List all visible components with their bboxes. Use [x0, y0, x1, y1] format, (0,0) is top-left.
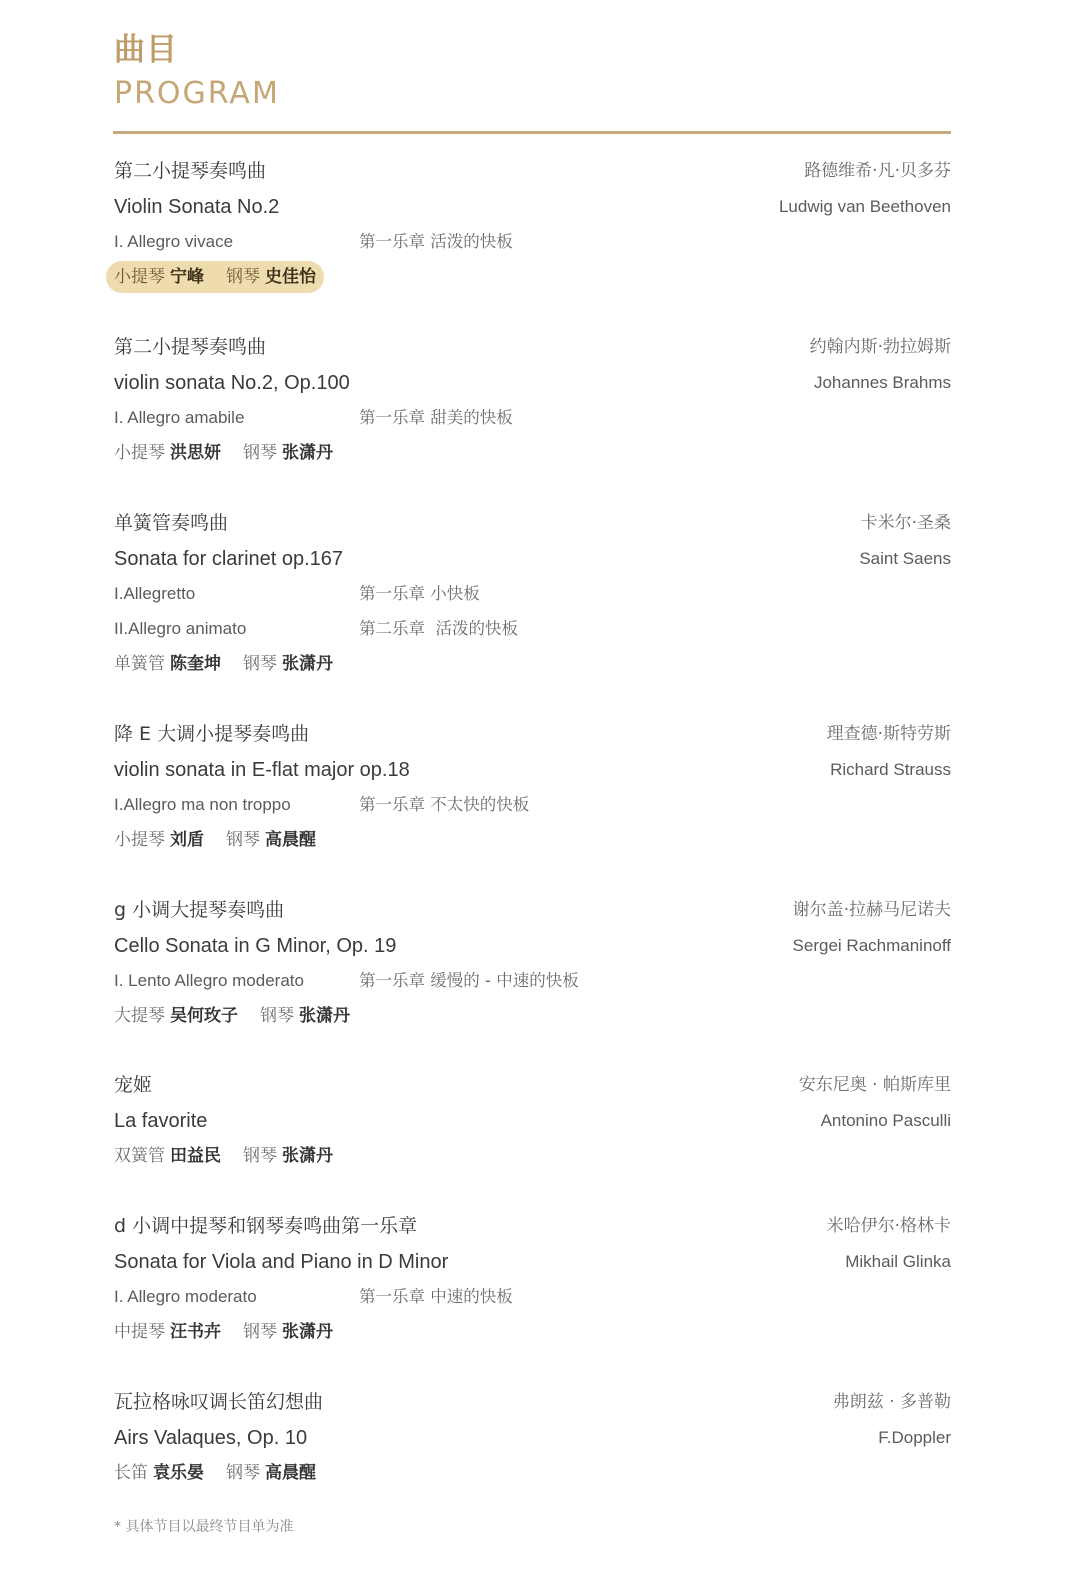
piece-title-cn: 降 E 大调小提琴奏鸣曲	[114, 722, 951, 746]
instrument: 大提琴	[114, 1006, 165, 1026]
composer: 米哈伊尔·格林卡 Mikhail Glinka	[827, 1214, 951, 1274]
movement: I.Allegro ma non troppo 第一乐章 不太快的快板	[114, 793, 951, 817]
performers: 单簧管陈奎坤钢琴张潇丹	[114, 652, 951, 676]
composer: 约翰内斯·勃拉姆斯 Johannes Brahms	[810, 335, 951, 395]
movement-cn: 第一乐章 活泼的快板	[359, 230, 513, 254]
movement-cn: 第一乐章 缓慢的 - 中速的快板	[359, 969, 579, 993]
program-header: 曲目 PROGRAM	[114, 30, 280, 114]
instrument: 钢琴	[226, 267, 260, 287]
page-title-en: PROGRAM	[114, 74, 280, 114]
instrument: 钢琴	[226, 1463, 260, 1483]
piece-title-en: violin sonata in E-flat major op.18	[114, 758, 951, 782]
instrument: 钢琴	[243, 443, 277, 463]
piece-title-cn: d 小调中提琴和钢琴奏鸣曲第一乐章	[114, 1214, 951, 1238]
performer-name: 史佳怡	[265, 267, 316, 287]
piece-title-en: Airs Valaques, Op. 10	[114, 1426, 951, 1450]
instrument: 钢琴	[260, 1006, 294, 1026]
composer-en: Richard Strauss	[827, 758, 951, 782]
instrument: 单簧管	[114, 654, 165, 674]
movement-cn: 第一乐章 不太快的快板	[359, 793, 529, 817]
footnote: * 具体节目以最终节目单为准	[114, 1517, 293, 1537]
performers: 大提琴吴何玫子钢琴张潇丹	[114, 1004, 951, 1028]
movement-cn: 第二乐章 活泼的快板	[359, 617, 518, 641]
instrument: 双簧管	[114, 1146, 165, 1166]
program-item: 宠姬 La favorite 双簧管田益民钢琴张潇丹 安东尼奥 · 帕斯库里 A…	[114, 1073, 951, 1168]
instrument: 小提琴	[114, 830, 165, 850]
program-item: g 小调大提琴奏鸣曲 Cello Sonata in G Minor, Op. …	[114, 898, 951, 1028]
header-divider	[113, 131, 951, 134]
performer-name: 张潇丹	[299, 1006, 350, 1026]
movement: I. Lento Allegro moderato 第一乐章 缓慢的 - 中速的…	[114, 969, 951, 993]
movement-cn: 第一乐章 小快板	[359, 582, 480, 606]
program-item: 降 E 大调小提琴奏鸣曲 violin sonata in E-flat maj…	[114, 722, 951, 852]
composer: 卡米尔·圣桑 Saint Saens	[859, 511, 951, 571]
movement-en: I.Allegro ma non troppo	[114, 793, 291, 817]
program-item: 单簧管奏鸣曲 Sonata for clarinet op.167 I.Alle…	[114, 511, 951, 676]
composer-cn: 安东尼奥 · 帕斯库里	[799, 1073, 951, 1097]
program-item: 瓦拉格咏叹调长笛幻想曲 Airs Valaques, Op. 10 长笛袁乐晏钢…	[114, 1390, 951, 1485]
movement-en: I. Allegro vivace	[114, 230, 233, 254]
composer-en: F.Doppler	[833, 1426, 951, 1450]
performers: 长笛袁乐晏钢琴高晨醒	[114, 1461, 951, 1485]
performer-name: 刘盾	[170, 830, 204, 850]
performer-name: 张潇丹	[282, 654, 333, 674]
movement-cn: 第一乐章 中速的快板	[359, 1285, 513, 1309]
composer-cn: 卡米尔·圣桑	[859, 511, 951, 535]
movement-en: I. Allegro amabile	[114, 406, 244, 430]
program-item: 第二小提琴奏鸣曲 violin sonata No.2, Op.100 I. A…	[114, 335, 951, 465]
movement: I.Allegretto 第一乐章 小快板	[114, 582, 951, 606]
composer-cn: 米哈伊尔·格林卡	[827, 1214, 951, 1238]
composer-cn: 谢尔盖·拉赫马尼诺夫	[793, 898, 951, 922]
performer-name: 高晨醒	[265, 830, 316, 850]
page-title-cn: 曲目	[114, 30, 280, 70]
performer-name: 张潇丹	[282, 1146, 333, 1166]
performer-name: 洪思妍	[170, 443, 221, 463]
composer: 理查德·斯特劳斯 Richard Strauss	[827, 722, 951, 782]
composer-en: Sergei Rachmaninoff	[793, 934, 951, 958]
performer-name: 张潇丹	[282, 1322, 333, 1342]
performers-highlighted: 小提琴宁峰钢琴史佳怡	[106, 261, 324, 293]
piece-title-cn: 瓦拉格咏叹调长笛幻想曲	[114, 1390, 951, 1414]
composer-cn: 弗朗兹 · 多普勒	[833, 1390, 951, 1414]
piece-title-en: Sonata for Viola and Piano in D Minor	[114, 1250, 951, 1274]
movement-en: I. Allegro moderato	[114, 1285, 257, 1309]
instrument: 小提琴	[114, 443, 165, 463]
composer-cn: 理查德·斯特劳斯	[827, 722, 951, 746]
composer: 弗朗兹 · 多普勒 F.Doppler	[833, 1390, 951, 1450]
composer-cn: 路德维希·凡·贝多芬	[779, 159, 951, 183]
performer-name: 宁峰	[170, 267, 204, 287]
movement-en: I.Allegretto	[114, 582, 195, 606]
performers: 中提琴汪书卉钢琴张潇丹	[114, 1320, 951, 1344]
composer-en: Antonino Pasculli	[799, 1109, 951, 1133]
composer: 安东尼奥 · 帕斯库里 Antonino Pasculli	[799, 1073, 951, 1133]
movement-cn: 第一乐章 甜美的快板	[359, 406, 513, 430]
performer-name: 高晨醒	[265, 1463, 316, 1483]
performer-name: 张潇丹	[282, 443, 333, 463]
piece-title-cn: 单簧管奏鸣曲	[114, 511, 951, 535]
performers: 双簧管田益民钢琴张潇丹	[114, 1144, 951, 1168]
performer-name: 汪书卉	[170, 1322, 221, 1342]
instrument: 钢琴	[243, 1146, 277, 1166]
piece-title-en: Sonata for clarinet op.167	[114, 547, 951, 571]
instrument: 钢琴	[243, 654, 277, 674]
movement-en: II.Allegro animato	[114, 617, 246, 641]
performer-name: 袁乐晏	[153, 1463, 204, 1483]
performers: 小提琴刘盾钢琴高晨醒	[114, 828, 951, 852]
instrument: 中提琴	[114, 1322, 165, 1342]
composer: 路德维希·凡·贝多芬 Ludwig van Beethoven	[779, 159, 951, 219]
movement: I. Allegro amabile 第一乐章 甜美的快板	[114, 406, 951, 430]
composer-en: Johannes Brahms	[810, 371, 951, 395]
movement: II.Allegro animato 第二乐章 活泼的快板	[114, 617, 951, 641]
movement: I. Allegro vivace 第一乐章 活泼的快板	[114, 230, 951, 254]
instrument: 钢琴	[226, 830, 260, 850]
instrument: 小提琴	[114, 267, 165, 287]
instrument: 钢琴	[243, 1322, 277, 1342]
program-item: 第二小提琴奏鸣曲 Violin Sonata No.2 I. Allegro v…	[114, 159, 951, 293]
program-item: d 小调中提琴和钢琴奏鸣曲第一乐章 Sonata for Viola and P…	[114, 1214, 951, 1344]
performer-name: 陈奎坤	[170, 654, 221, 674]
performer-name: 吴何玫子	[170, 1006, 238, 1026]
performers: 小提琴洪思妍钢琴张潇丹	[114, 441, 951, 465]
composer-en: Saint Saens	[859, 547, 951, 571]
movement-en: I. Lento Allegro moderato	[114, 969, 304, 993]
instrument: 长笛	[114, 1463, 148, 1483]
movement: I. Allegro moderato 第一乐章 中速的快板	[114, 1285, 951, 1309]
composer-cn: 约翰内斯·勃拉姆斯	[810, 335, 951, 359]
performer-name: 田益民	[170, 1146, 221, 1166]
composer-en: Ludwig van Beethoven	[779, 195, 951, 219]
composer-en: Mikhail Glinka	[827, 1250, 951, 1274]
composer: 谢尔盖·拉赫马尼诺夫 Sergei Rachmaninoff	[793, 898, 951, 958]
